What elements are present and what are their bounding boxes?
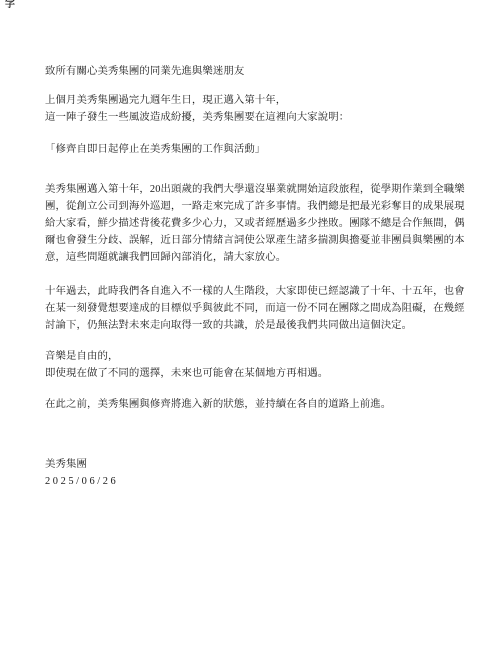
intro-paragraph: 上個月美秀集團過完九週年生日，現正邁入第十年， 這一陣子發生一些風波造成紛擾，美… — [45, 92, 456, 126]
announcement-paragraph: 「修齊自即日起停止在美秀集團的工作與活動」 — [45, 141, 456, 158]
signature-block: 美秀集團 2025/06/26 — [45, 456, 456, 490]
body-line: 意，這些問題就讓我們回歸內部消化，請大家放心。 — [45, 249, 456, 266]
intro-line: 這一陣子發生一些風波造成紛擾，美秀集團要在這裡向大家說明： — [45, 109, 456, 126]
signature-name: 美秀集團 — [45, 456, 456, 473]
body-paragraph-1: 美秀集團邁入第十年，20出頭歲的我們大學還沒畢業就開始這段旅程，從學期作業到全職… — [45, 181, 456, 266]
announcement-quote: 「修齊自即日起停止在美秀集團的工作與活動」 — [45, 141, 456, 158]
final-line: 在此之前，美秀集團與修齊將進入新的狀態，並持續在各自的道路上前進。 — [45, 396, 456, 413]
body-line: 給大家看，鮮少描述背後花費多少心力，又或者經歷過多少挫敗。團隊不總是合作無間，偶 — [45, 215, 456, 232]
statement-letter-page: 字 致所有關心美秀集團的同業先進與樂迷朋友 上個月美秀集團過完九週年生日，現正邁… — [0, 0, 500, 667]
letter-content: 致所有關心美秀集團的同業先進與樂迷朋友 上個月美秀集團過完九週年生日，現正邁入第… — [0, 0, 500, 490]
body-line: 在某一刻發覺想要達成的目標似乎與彼此不同，而這一份不同在團隊之間成為阻礙，在幾經 — [45, 300, 456, 317]
body-line: 團，從創立公司到海外巡迴，一路走來完成了許多事情。我們總是把最光彩奪目的成果展現 — [45, 198, 456, 215]
signature-date: 2025/06/26 — [45, 473, 456, 490]
body-paragraph-2: 十年過去，此時我們各自進入不一樣的人生階段，大家即使已經認識了十年、十五年，也會… — [45, 283, 456, 334]
body-line: 十年過去，此時我們各自進入不一樣的人生階段，大家即使已經認識了十年、十五年，也會 — [45, 283, 456, 300]
intro-line: 上個月美秀集團過完九週年生日，現正邁入第十年， — [45, 92, 456, 109]
closing-paragraph: 音樂是自由的， 即使現在做了不同的選擇，未來也可能會在某個地方再相遇。 — [45, 348, 456, 382]
body-line: 討論下，仍無法對未來走向取得一致的共識，於是最後我們共同做出這個決定。 — [45, 317, 456, 334]
final-paragraph: 在此之前，美秀集團與修齊將進入新的狀態，並持續在各自的道路上前進。 — [45, 396, 456, 413]
closing-line: 音樂是自由的， — [45, 348, 456, 365]
body-line: 爾也會發生分歧、誤解，近日部分情緒言詞使公眾產生諸多揣測與擔憂並非團員與樂團的本 — [45, 232, 456, 249]
salutation: 致所有關心美秀集團的同業先進與樂迷朋友 — [45, 63, 456, 80]
body-line: 美秀集團邁入第十年，20出頭歲的我們大學還沒畢業就開始這段旅程，從學期作業到全職… — [45, 181, 456, 198]
closing-line: 即使現在做了不同的選擇，未來也可能會在某個地方再相遇。 — [45, 365, 456, 382]
corner-mark: 字 — [5, 0, 15, 10]
